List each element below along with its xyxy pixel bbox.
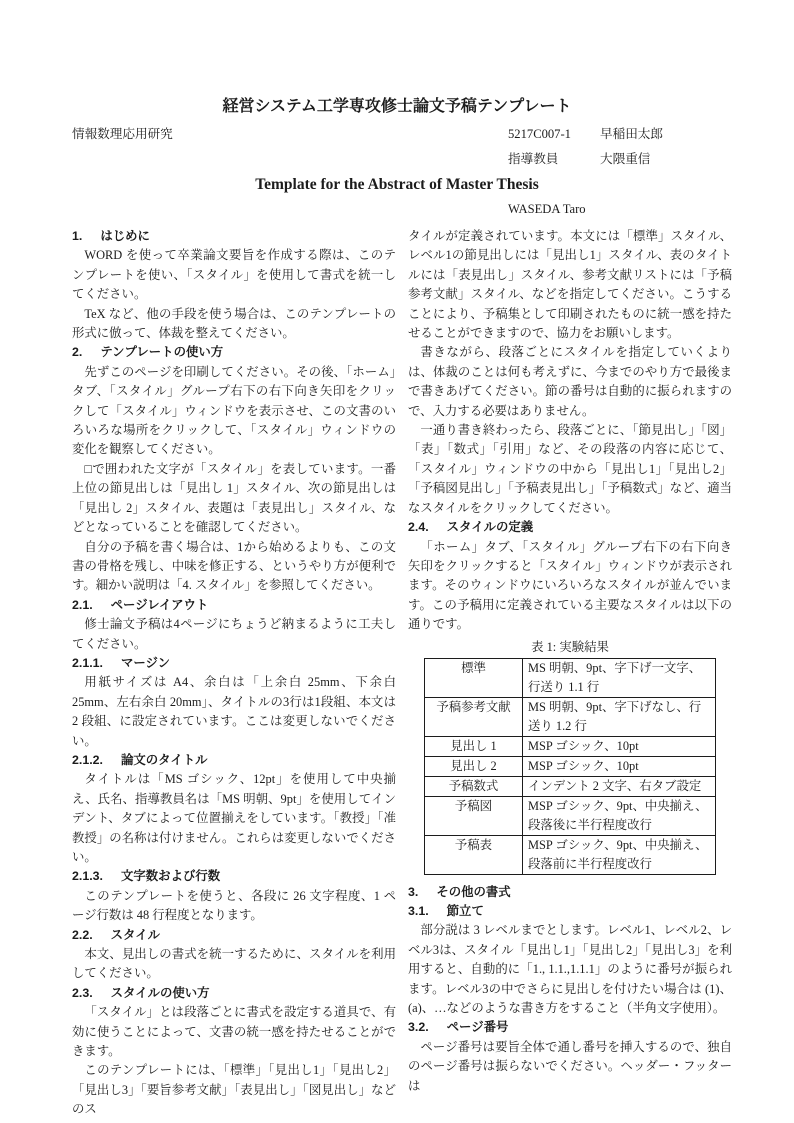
table-row: 予稿参考文献 MS 明朝、9pt、字下げなし、行送り 1.2 行 bbox=[425, 697, 716, 736]
body-paragraph: 修士論文予稿は4ページにちょうど納まるように工夫してください。 bbox=[72, 615, 396, 654]
heading-number: 2.1.1. bbox=[72, 654, 103, 673]
body-columns: 1.はじめに WORD を使って卒業論文要旨を作成する際は、このテンプレートを使… bbox=[72, 227, 732, 1120]
body-paragraph: このテンプレートには、「標準」「見出し1」「見出し2」「見出し3」「要旨参考文献… bbox=[72, 1061, 396, 1119]
section-heading-1: 1.はじめに bbox=[72, 227, 396, 246]
body-paragraph: 書きながら、段落ごとにスタイルを指定していくよりは、体裁のことは何も考えずに、今… bbox=[408, 343, 732, 421]
style-name-cell: 予稿表 bbox=[425, 835, 523, 874]
section-heading-3-2: 3.2.ページ番号 bbox=[408, 1018, 732, 1037]
table-row: 予稿表 MSP ゴシック、9pt、中央揃え、段落前に半行程度改行 bbox=[425, 835, 716, 874]
heading-text: テンプレートの使い方 bbox=[100, 345, 223, 359]
table-row: 見出し 1 MSP ゴシック、10pt bbox=[425, 736, 716, 756]
lab-name: 情報数理応用研究 bbox=[72, 125, 173, 143]
style-name-cell: 予稿数式 bbox=[425, 776, 523, 796]
body-paragraph: ページ番号は要旨全体で通し番号を挿入するので、独自のページ番号は振らないでくださ… bbox=[408, 1038, 732, 1096]
heading-text: 節立て bbox=[447, 904, 484, 918]
table-row: 予稿数式 インデント 2 文字、右タブ設定 bbox=[425, 776, 716, 796]
style-spec-cell: インデント 2 文字、右タブ設定 bbox=[523, 776, 716, 796]
heading-number: 2.4. bbox=[408, 518, 429, 537]
heading-text: スタイル bbox=[111, 928, 160, 942]
document-page: 経営システム工学専攻修士論文予稿テンプレート 情報数理応用研究 5217C007… bbox=[0, 0, 794, 1123]
style-spec-cell: MS 明朝、9pt、字下げ一文字、行送り 1.1 行 bbox=[523, 658, 716, 697]
section-heading-2-3: 2.3.スタイルの使い方 bbox=[72, 984, 396, 1003]
style-spec-cell: MSP ゴシック、10pt bbox=[523, 756, 716, 776]
heading-number: 2. bbox=[72, 343, 82, 362]
heading-number: 2.2. bbox=[72, 926, 93, 945]
style-spec-cell: MSP ゴシック、10pt bbox=[523, 736, 716, 756]
style-name-cell: 予稿参考文献 bbox=[425, 697, 523, 736]
table-row: 見出し 2 MSP ゴシック、10pt bbox=[425, 756, 716, 776]
body-paragraph: タイトルは「MS ゴシック、12pt」を使用して中央揃え、氏名、指導教員名は「M… bbox=[72, 770, 396, 867]
body-paragraph: □で囲われた文字が「スタイル」を表しています。一番上位の節見出しは「見出し 1」… bbox=[72, 460, 396, 538]
style-name-cell: 見出し 2 bbox=[425, 756, 523, 776]
body-paragraph: 本文、見出しの書式を統一するために、スタイルを利用してください。 bbox=[72, 945, 396, 984]
heading-text: ページ番号 bbox=[447, 1020, 509, 1034]
section-heading-2-1-3: 2.1.3.文字数および行数 bbox=[72, 867, 396, 886]
section-heading-2-2: 2.2.スタイル bbox=[72, 926, 396, 945]
heading-text: 論文のタイトル bbox=[121, 753, 208, 767]
body-paragraph: 先ずこのページを印刷してください。その後、「ホーム」タブ、「スタイル」グループ右… bbox=[72, 363, 396, 460]
style-spec-cell: MSP ゴシック、9pt、中央揃え、段落後に半行程度改行 bbox=[523, 796, 716, 835]
body-paragraph: 「ホーム」タブ、「スタイル」グループ右下の右下向き矢印をクリックすると「スタイル… bbox=[408, 538, 732, 635]
thesis-title-ja: 経営システム工学専攻修士論文予稿テンプレート bbox=[0, 96, 794, 118]
student-name: 早稲田太郎 bbox=[600, 125, 663, 143]
table-caption: 表 1: 実験結果 bbox=[408, 638, 732, 657]
body-paragraph: 部分説は 3 レベルまでとします。レベル1、レベル2、レベル3は、スタイル「見出… bbox=[408, 921, 732, 1018]
body-paragraph: 「スタイル」とは段落ごとに書式を設定する道具で、有効に使うことによって、文書の統… bbox=[72, 1003, 396, 1061]
table-row: 標準 MS 明朝、9pt、字下げ一文字、行送り 1.1 行 bbox=[425, 658, 716, 697]
section-heading-2: 2.テンプレートの使い方 bbox=[72, 343, 396, 362]
style-name-cell: 予稿図 bbox=[425, 796, 523, 835]
body-paragraph: 一通り書き終わったら、段落ごとに、「節見出し」「図」「表」「数式」「引用」など、… bbox=[408, 421, 732, 518]
table-row: 予稿図 MSP ゴシック、9pt、中央揃え、段落後に半行程度改行 bbox=[425, 796, 716, 835]
section-heading-2-1: 2.1.ページレイアウト bbox=[72, 596, 396, 615]
heading-text: 文字数および行数 bbox=[121, 869, 220, 883]
heading-text: スタイルの使い方 bbox=[111, 986, 210, 1000]
section-heading-3: 3.その他の書式 bbox=[408, 883, 732, 902]
body-paragraph: 自分の予稿を書く場合は、1から始めるよりも、この文書の骨格を残し、中味を修正する… bbox=[72, 538, 396, 596]
heading-text: マージン bbox=[121, 656, 170, 670]
heading-text: はじめに bbox=[100, 229, 150, 243]
body-paragraph: このテンプレートを使うと、各段に 26 文字程度、1 ページ行数は 48 行程度… bbox=[72, 887, 396, 926]
heading-number: 1. bbox=[72, 227, 82, 246]
heading-text: その他の書式 bbox=[436, 885, 510, 899]
heading-number: 2.1. bbox=[72, 596, 93, 615]
heading-text: ページレイアウト bbox=[111, 598, 209, 612]
left-column: 1.はじめに WORD を使って卒業論文要旨を作成する際は、このテンプレートを使… bbox=[72, 227, 396, 1120]
heading-number: 2.1.2. bbox=[72, 751, 103, 770]
style-name-cell: 見出し 1 bbox=[425, 736, 523, 756]
styles-table: 標準 MS 明朝、9pt、字下げ一文字、行送り 1.1 行 予稿参考文献 MS … bbox=[424, 658, 716, 875]
author-name-en: WASEDA Taro bbox=[508, 200, 586, 218]
body-paragraph-continuation: タイルが定義されています。本文には「標準」スタイル、レベル1の節見出しには「見出… bbox=[408, 227, 732, 343]
section-heading-3-1: 3.1.節立て bbox=[408, 902, 732, 921]
body-paragraph: WORD を使って卒業論文要旨を作成する際は、このテンプレートを使い、「スタイル… bbox=[72, 246, 396, 304]
heading-number: 3.2. bbox=[408, 1018, 429, 1037]
section-heading-2-1-1: 2.1.1.マージン bbox=[72, 654, 396, 673]
heading-number: 2.1.3. bbox=[72, 867, 103, 886]
thesis-title-en: Template for the Abstract of Master Thes… bbox=[0, 174, 794, 195]
heading-number: 3.1. bbox=[408, 902, 429, 921]
body-paragraph: 用紙サイズは A4、余白は「上余白 25mm、下余白 25mm、左右余白 20m… bbox=[72, 673, 396, 751]
body-paragraph: TeX など、他の手段を使う場合は、このテンプレートの形式に倣って、体裁を整えて… bbox=[72, 305, 396, 344]
heading-number: 3. bbox=[408, 883, 418, 902]
advisor-name: 大隈重信 bbox=[600, 150, 650, 168]
right-column: タイルが定義されています。本文には「標準」スタイル、レベル1の節見出しには「見出… bbox=[408, 227, 732, 1120]
heading-number: 2.3. bbox=[72, 984, 93, 1003]
heading-text: スタイルの定義 bbox=[447, 520, 534, 534]
style-spec-cell: MS 明朝、9pt、字下げなし、行送り 1.2 行 bbox=[523, 697, 716, 736]
student-id: 5217C007-1 bbox=[508, 125, 571, 143]
section-heading-2-1-2: 2.1.2.論文のタイトル bbox=[72, 751, 396, 770]
section-heading-2-4: 2.4.スタイルの定義 bbox=[408, 518, 732, 537]
style-name-cell: 標準 bbox=[425, 658, 523, 697]
advisor-label: 指導教員 bbox=[508, 150, 558, 168]
style-spec-cell: MSP ゴシック、9pt、中央揃え、段落前に半行程度改行 bbox=[523, 835, 716, 874]
